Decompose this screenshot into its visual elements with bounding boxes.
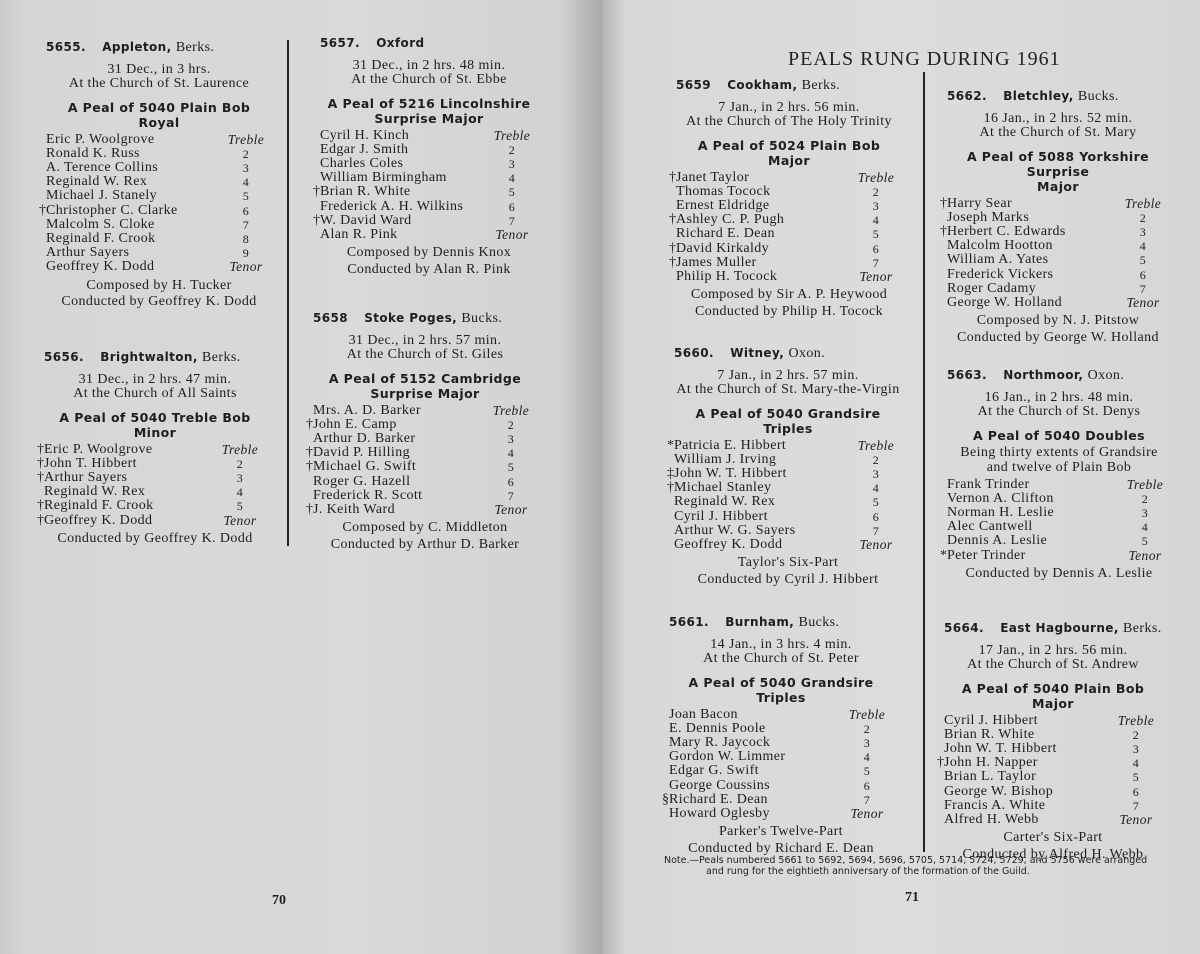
bell-position: Tenor: [486, 228, 538, 242]
bell-position: Tenor: [850, 270, 902, 284]
ringer-row: Francis A. White7: [944, 799, 1162, 813]
ringer-mark: †: [669, 213, 676, 227]
ringer-name: †David Kirkaldy: [676, 242, 769, 256]
peal-entry: 5662. Bletchley, Bucks. 16 Jan., in 2 hr…: [947, 89, 1169, 345]
ringer-row: †Reginald F. Crook5: [44, 499, 266, 513]
bell-position: 5: [485, 460, 537, 474]
ringer-row: Roger Cadamy7: [947, 282, 1169, 296]
ringer-name-text: Brian R. White: [320, 184, 411, 199]
ringer-name-text: Ronald K. Russ: [46, 146, 140, 161]
peal-church: At the Church of St. Mary-the-Virgin: [674, 383, 902, 398]
peal-place: Oxford: [376, 36, 424, 50]
peal-method: A Peal of 5040 Grandsire Triples: [669, 675, 893, 705]
bell-position: Treble: [850, 171, 902, 185]
ringer-name: †W. David Ward: [320, 214, 412, 228]
ringer-name-text: Peter Trinder: [947, 548, 1026, 563]
bell-position: 3: [220, 161, 272, 175]
ringer-name: §Richard E. Dean: [669, 793, 768, 807]
ringer-name-text: Reginald W. Rex: [46, 174, 147, 189]
ringer-name-text: George W. Holland: [947, 295, 1062, 310]
ringer-name: Edgar J. Smith: [320, 143, 408, 157]
bell-position: 2: [1117, 211, 1169, 225]
method-line: Surprise Major: [313, 386, 537, 401]
ringer-name-text: Brian R. White: [944, 727, 1035, 742]
ringer-name: Frank Trinder: [947, 478, 1030, 492]
peal-entry: 5661. Burnham, Bucks. 14 Jan., in 3 hrs.…: [669, 615, 893, 856]
ringer-mark: ‡: [667, 467, 674, 481]
ringer-row: †Eric P. WoolgroveTreble: [44, 443, 266, 457]
ringer-name: Edgar G. Swift: [669, 764, 759, 778]
ringer-row: †John E. Camp2: [313, 418, 537, 432]
ringer-row: Charles Coles3: [320, 157, 538, 171]
bell-position: 2: [850, 453, 902, 467]
ringer-row: E. Dennis Poole2: [669, 722, 893, 736]
ringer-row: †Michael Stanley4: [674, 481, 902, 495]
band-list: *Patricia E. HibbertTrebleWilliam J. Irv…: [674, 439, 902, 553]
ringer-name: Ernest Eldridge: [676, 199, 769, 213]
ringer-mark: *: [940, 549, 947, 563]
ringer-name: Philip H. Tocock: [676, 270, 777, 284]
ringer-name: Thomas Tocock: [676, 185, 771, 199]
peal-footer-line: Conducted by Philip H. Tocock: [676, 305, 902, 320]
footnote-line-2: and rung for the eightieth anniversary o…: [664, 866, 1174, 877]
bell-position: 5: [486, 185, 538, 199]
ringer-name: Alec Cantwell: [947, 520, 1033, 534]
ringer-row: Joan BaconTreble: [669, 708, 893, 722]
ringer-name: Alfred H. Webb: [944, 813, 1039, 827]
peal-county: Bucks.: [1078, 89, 1119, 104]
bell-position: 5: [850, 227, 902, 241]
ringer-row: †W. David Ward7: [320, 214, 538, 228]
ringer-row: Malcolm Hootton4: [947, 239, 1169, 253]
ringer-row: Arthur W. G. Sayers7: [674, 524, 902, 538]
ringer-name-text: Howard Oglesby: [669, 806, 770, 821]
ringer-name-text: Roger G. Hazell: [313, 474, 410, 489]
peal-place: Bletchley,: [1003, 89, 1074, 103]
ringer-name: Charles Coles: [320, 157, 403, 171]
ringer-name-text: John E. Camp: [313, 417, 397, 432]
peal-footer-line: Conducted by Alan R. Pink: [320, 263, 538, 278]
ringer-name-text: Thomas Tocock: [676, 184, 771, 199]
bell-position: 6: [486, 200, 538, 214]
bell-position: 4: [214, 485, 266, 499]
peal-footer-line: Composed by Dennis Knox: [320, 246, 538, 261]
bell-position: 5: [1117, 253, 1169, 267]
method-line: A Peal of 5040 Plain Bob Royal: [46, 100, 272, 130]
peal-date: 17 Jan., in 2 hrs. 56 min.: [944, 644, 1162, 659]
ringer-name: Arthur D. Barker: [313, 432, 415, 446]
bell-position: Tenor: [220, 260, 272, 274]
ringer-row: †James Muller7: [676, 256, 902, 270]
method-line: A Peal of 5088 Yorkshire Surprise: [947, 149, 1169, 179]
peal-footer-line: Conducted by Dennis A. Leslie: [947, 567, 1171, 582]
ringer-name-text: Roger Cadamy: [947, 281, 1036, 296]
ringer-name: Joan Bacon: [669, 708, 738, 722]
ringer-row: †Christopher C. Clarke6: [46, 204, 272, 218]
peal-place: Appleton,: [102, 40, 171, 54]
ringer-name-text: Cyril J. Hibbert: [674, 509, 768, 524]
ringer-row: Geoffrey K. DoddTenor: [46, 260, 272, 274]
ringer-row: Roger G. Hazell6: [313, 475, 537, 489]
peal-church: At the Church of St. Mary: [947, 126, 1169, 141]
bell-position: 6: [1117, 268, 1169, 282]
peal-number: 5655.: [46, 40, 86, 54]
ringer-name: Dennis A. Leslie: [947, 534, 1047, 548]
peal-footer: Composed by N. J. PitstowConducted by Ge…: [947, 314, 1169, 345]
band-list: †Janet TaylorTrebleThomas Tocock2Ernest …: [676, 171, 902, 285]
ringer-row: Ernest Eldridge3: [676, 199, 902, 213]
bell-position: Tenor: [841, 807, 893, 821]
peal-note-line: and twelve of Plain Bob: [947, 461, 1171, 476]
ringer-row: Eric P. WoolgroveTreble: [46, 133, 272, 147]
ringer-name-text: William J. Irving: [674, 452, 776, 467]
ringer-name-text: A. Terence Collins: [46, 160, 158, 175]
ringer-name-text: Eric P. Woolgrove: [46, 132, 154, 147]
ringer-mark: *: [667, 439, 674, 453]
bell-position: 7: [220, 218, 272, 232]
peal-place: Northmoor,: [1003, 368, 1083, 382]
bell-position: 4: [1110, 756, 1162, 770]
bell-position: 2: [485, 418, 537, 432]
ringer-row: †Herbert C. Edwards3: [947, 225, 1169, 239]
ringer-row: William J. Irving2: [674, 453, 902, 467]
bell-position: 2: [850, 185, 902, 199]
peal-county: Oxon.: [1088, 368, 1125, 383]
bell-position: Tenor: [1110, 813, 1162, 827]
ringer-name-text: William Birmingham: [320, 170, 447, 185]
ringer-row: Philip H. TocockTenor: [676, 270, 902, 284]
method-line: A Peal of 5152 Cambridge: [313, 371, 537, 386]
ringer-name-text: Reginald W. Rex: [44, 484, 145, 499]
bell-position: 7: [850, 524, 902, 538]
ringer-mark: †: [937, 756, 944, 770]
peal-footer: Composed by C. MiddletonConducted by Art…: [313, 521, 537, 552]
peal-place: Brightwalton,: [100, 350, 198, 364]
bell-position: 3: [1110, 742, 1162, 756]
ringer-row: Cyril J. Hibbert6: [674, 510, 902, 524]
ringer-name: †John H. Napper: [944, 756, 1038, 770]
bell-position: 5: [850, 495, 902, 509]
ringer-name: Alan R. Pink: [320, 228, 398, 242]
ringer-row: George Coussins6: [669, 779, 893, 793]
peal-place: Witney,: [730, 346, 784, 360]
peal-date: 7 Jan., in 2 hrs. 56 min.: [676, 101, 902, 116]
ringer-name-text: Alec Cantwell: [947, 519, 1033, 534]
band-list: †Eric P. WoolgroveTreble†John T. Hibbert…: [44, 443, 266, 528]
ringer-name-text: J. Keith Ward: [313, 502, 395, 517]
peal-date: 31 Dec., in 2 hrs. 48 min.: [320, 59, 538, 74]
ringer-mark: †: [37, 457, 44, 471]
ringer-row: Brian L. Taylor5: [944, 770, 1162, 784]
bell-position: 6: [850, 242, 902, 256]
ringer-row: †Geoffrey K. DoddTenor: [44, 514, 266, 528]
peal-footer-line: Composed by Sir A. P. Heywood: [676, 288, 902, 303]
ringer-name-text: Gordon W. Limmer: [669, 749, 785, 764]
ringer-name: Roger Cadamy: [947, 282, 1036, 296]
bell-position: 6: [220, 204, 272, 218]
ringer-row: †Brian R. White5: [320, 185, 538, 199]
peal-method: A Peal of 5216 LincolnshireSurprise Majo…: [320, 96, 538, 126]
ringer-row: †Michael G. Swift5: [313, 460, 537, 474]
peal-county: Berks.: [802, 78, 841, 93]
peal-footer-line: Conducted by Richard E. Dean: [669, 842, 893, 857]
ringer-name-text: Frederick A. H. Wilkins: [320, 199, 463, 214]
ringer-name: Malcolm S. Cloke: [46, 218, 155, 232]
bell-position: Treble: [214, 443, 266, 457]
peal-method: A Peal of 5040 Grandsire Triples: [674, 406, 902, 436]
ringer-row: †Janet TaylorTreble: [676, 171, 902, 185]
ringer-row: †Arthur Sayers3: [44, 471, 266, 485]
peal-heading: 5661. Burnham, Bucks.: [669, 615, 893, 631]
ringer-mark: †: [313, 185, 320, 199]
ringer-name-text: Arthur W. G. Sayers: [674, 523, 796, 538]
bell-position: Treble: [1117, 197, 1169, 211]
ringer-name-text: Geoffrey K. Dodd: [46, 259, 154, 274]
ringer-name-text: John W. T. Hibbert: [674, 466, 787, 481]
ringer-mark: §: [662, 793, 669, 807]
peal-notes: Being thirty extents of Grandsireand twe…: [947, 446, 1171, 476]
peal-footer: Conducted by Dennis A. Leslie: [947, 567, 1171, 582]
peal-entry: 5655. Appleton, Berks. 31 Dec., in 3 hrs…: [46, 40, 272, 310]
ringer-name-text: Reginald F. Crook: [46, 231, 156, 246]
bell-position: Treble: [1110, 714, 1162, 728]
peal-footer-line: Composed by C. Middleton: [313, 521, 537, 536]
page-title: PEALS RUNG DURING 1961: [788, 48, 1061, 71]
ringer-mark: †: [39, 204, 46, 218]
ringer-name: Joseph Marks: [947, 211, 1029, 225]
bell-position: 6: [1110, 785, 1162, 799]
ringer-row: Richard E. Dean5: [676, 227, 902, 241]
ringer-row: Reginald F. Crook8: [46, 232, 272, 246]
bell-position: 7: [485, 489, 537, 503]
bell-position: 6: [850, 510, 902, 524]
peal-heading: 5660. Witney, Oxon.: [674, 346, 902, 362]
peal-footer: Taylor's Six-PartConducted by Cyril J. H…: [674, 556, 902, 587]
ringer-row: Cyril H. KinchTreble: [320, 129, 538, 143]
ringer-name-text: James Muller: [676, 255, 757, 270]
method-line: A Peal of 5040 Treble Bob Minor: [44, 410, 266, 440]
ringer-name-text: Brian L. Taylor: [944, 769, 1036, 784]
peal-entry: 5659 Cookham, Berks. 7 Jan., in 2 hrs. 5…: [676, 78, 902, 319]
bell-position: 7: [486, 214, 538, 228]
ringer-name: Cyril J. Hibbert: [674, 510, 768, 524]
ringer-name-text: Francis A. White: [944, 798, 1045, 813]
bell-position: 3: [485, 432, 537, 446]
peal-number: 5657.: [320, 36, 360, 50]
peal-entry: 5660. Witney, Oxon. 7 Jan., in 2 hrs. 57…: [674, 346, 902, 587]
ringer-row: Mrs. A. D. BarkerTreble: [313, 404, 537, 418]
ringer-name: William Birmingham: [320, 171, 447, 185]
ringer-name: †Harry Sear: [947, 197, 1012, 211]
peal-method: A Peal of 5040 Plain Bob Royal: [46, 100, 272, 130]
peal-county: Bucks.: [461, 311, 502, 326]
peal-note-line: Being thirty extents of Grandsire: [947, 446, 1171, 461]
ringer-name: †Christopher C. Clarke: [46, 204, 178, 218]
peal-footer-line: Conducted by George W. Holland: [947, 331, 1169, 346]
ringer-row: Alec Cantwell4: [947, 520, 1171, 534]
ringer-mark: †: [669, 171, 676, 185]
peal-number: 5658: [313, 311, 348, 325]
ringer-name: William A. Yates: [947, 253, 1049, 267]
ringer-name-text: Geoffrey K. Dodd: [44, 513, 152, 528]
ringer-row: †David Kirkaldy6: [676, 242, 902, 256]
ringer-row: †David P. Hilling4: [313, 446, 537, 460]
ringer-mark: †: [37, 499, 44, 513]
peal-church: At the Church of The Holy Trinity: [676, 115, 902, 130]
ringer-row: Howard OglesbyTenor: [669, 807, 893, 821]
ringer-name: Reginald W. Rex: [44, 485, 145, 499]
footnote: Note.—Peals numbered 5661 to 5692, 5694,…: [664, 855, 1174, 877]
bell-position: Treble: [485, 404, 537, 418]
ringer-name-text: Arthur Sayers: [46, 245, 129, 260]
ringer-name-text: John T. Hibbert: [44, 456, 137, 471]
bell-position: 2: [486, 143, 538, 157]
column-divider-right: [923, 72, 925, 852]
ringer-name: John W. T. Hibbert: [944, 742, 1057, 756]
ringer-name-text: George W. Bishop: [944, 784, 1053, 799]
ringer-name-text: John W. T. Hibbert: [944, 741, 1057, 756]
bell-position: Tenor: [1117, 296, 1169, 310]
peal-footer: Composed by H. TuckerConducted by Geoffr…: [46, 279, 272, 310]
bell-position: 3: [486, 157, 538, 171]
ringer-name: Richard E. Dean: [676, 227, 775, 241]
peal-place: Cookham,: [727, 78, 797, 92]
ringer-row: Norman H. Leslie3: [947, 506, 1171, 520]
peal-footer-line: Composed by H. Tucker: [46, 279, 272, 294]
bell-position: 7: [1117, 282, 1169, 296]
peal-number: 5659: [676, 78, 711, 92]
ringer-name-text: Richard E. Dean: [676, 226, 775, 241]
ringer-name-text: Reginald F. Crook: [44, 498, 154, 513]
peal-place: Stoke Poges,: [364, 311, 457, 325]
peal-footer: Parker's Twelve-PartConducted by Richard…: [669, 825, 893, 856]
bell-position: Treble: [841, 708, 893, 722]
band-list: Frank TrinderTrebleVernon A. Clifton2Nor…: [947, 478, 1171, 563]
peal-county: Oxon.: [788, 346, 825, 361]
ringer-row: Frederick R. Scott7: [313, 489, 537, 503]
ringer-name: Brian L. Taylor: [944, 770, 1036, 784]
bell-position: 2: [220, 147, 272, 161]
method-line: A Peal of 5216 Lincolnshire: [320, 96, 538, 111]
ringer-name: †J. Keith Ward: [313, 503, 395, 517]
ringer-name: Arthur W. G. Sayers: [674, 524, 796, 538]
peal-footer-line: Composed by N. J. Pitstow: [947, 314, 1169, 329]
ringer-row: Malcolm S. Cloke7: [46, 218, 272, 232]
ringer-name-text: Cyril J. Hibbert: [944, 713, 1038, 728]
bell-position: 4: [841, 750, 893, 764]
bell-position: 6: [485, 475, 537, 489]
ringer-name: A. Terence Collins: [46, 161, 158, 175]
peal-heading: 5656. Brightwalton, Berks.: [44, 350, 266, 366]
ringer-row: Arthur Sayers9: [46, 246, 272, 260]
bell-position: 4: [1119, 520, 1171, 534]
ringer-name-text: David Kirkaldy: [676, 241, 769, 256]
ringer-name: Frederick Vickers: [947, 268, 1053, 282]
bell-position: 5: [214, 499, 266, 513]
ringer-row: Mary R. Jaycock3: [669, 736, 893, 750]
ringer-name: Reginald W. Rex: [46, 175, 147, 189]
ringer-row: John W. T. Hibbert3: [944, 742, 1162, 756]
peal-date: 7 Jan., in 2 hrs. 57 min.: [674, 369, 902, 384]
ringer-row: Gordon W. Limmer4: [669, 750, 893, 764]
bell-position: 4: [1117, 239, 1169, 253]
ringer-name: Mrs. A. D. Barker: [313, 404, 421, 418]
ringer-row: Dennis A. Leslie5: [947, 534, 1171, 548]
ringer-name: *Patricia E. Hibbert: [674, 439, 786, 453]
ringer-row: †J. Keith WardTenor: [313, 503, 537, 517]
ringer-name-text: Ernest Eldridge: [676, 198, 769, 213]
ringer-name: Michael J. Stanely: [46, 189, 157, 203]
peal-footer-line: Carter's Six-Part: [944, 831, 1162, 846]
method-line: A Peal of 5040 Grandsire Triples: [674, 406, 902, 436]
peal-method: A Peal of 5040 Doubles: [947, 428, 1171, 443]
ringer-name: Frederick R. Scott: [313, 489, 422, 503]
ringer-row: Reginald W. Rex5: [674, 495, 902, 509]
ringer-name-text: Patricia E. Hibbert: [674, 438, 786, 453]
ringer-row: †Ashley C. P. Pugh4: [676, 213, 902, 227]
peal-footer-line: Parker's Twelve-Part: [669, 825, 893, 840]
ringer-name: George W. Bishop: [944, 785, 1053, 799]
peal-entry: 5663. Northmoor, Oxon. 16 Jan., in 2 hrs…: [947, 368, 1171, 581]
ringer-name: Francis A. White: [944, 799, 1045, 813]
method-line: A Peal of 5040 Doubles: [947, 428, 1171, 443]
peal-heading: 5659 Cookham, Berks.: [676, 78, 902, 94]
peal-place: Burnham,: [725, 615, 794, 629]
bell-position: Treble: [220, 133, 272, 147]
peal-county: Berks.: [202, 350, 241, 365]
ringer-row: †John T. Hibbert2: [44, 457, 266, 471]
column-divider-left: [287, 40, 289, 546]
bell-position: 3: [850, 199, 902, 213]
band-list: Eric P. WoolgroveTrebleRonald K. Russ2A.…: [46, 133, 272, 275]
ringer-name: †Eric P. Woolgrove: [44, 443, 152, 457]
ringer-name: George W. Holland: [947, 296, 1062, 310]
peal-county: Bucks.: [798, 615, 839, 630]
ringer-name: †Reginald F. Crook: [44, 499, 154, 513]
peal-heading: 5662. Bletchley, Bucks.: [947, 89, 1169, 105]
ringer-name: †Brian R. White: [320, 185, 411, 199]
ringer-row: A. Terence Collins3: [46, 161, 272, 175]
ringer-name-text: David P. Hilling: [313, 445, 410, 460]
ringer-row: *Peter TrinderTenor: [947, 549, 1171, 563]
ringer-name-text: E. Dennis Poole: [669, 721, 766, 736]
ringer-name: †Michael Stanley: [674, 481, 771, 495]
ringer-mark: †: [306, 503, 313, 517]
ringer-row: Cyril J. HibbertTreble: [944, 714, 1162, 728]
band-list: †Harry SearTrebleJoseph Marks2†Herbert C…: [947, 197, 1169, 311]
ringer-mark: †: [940, 197, 947, 211]
peal-date: 16 Jan., in 2 hrs. 48 min.: [947, 391, 1171, 406]
bell-position: 5: [841, 764, 893, 778]
bell-position: 5: [220, 189, 272, 203]
ringer-name-text: Norman H. Leslie: [947, 505, 1054, 520]
ringer-row: Thomas Tocock2: [676, 185, 902, 199]
ringer-name: †Ashley C. P. Pugh: [676, 213, 784, 227]
peal-entry: 5656. Brightwalton, Berks. 31 Dec., in 2…: [44, 350, 266, 546]
ringer-name: Norman H. Leslie: [947, 506, 1054, 520]
ringer-name: †Herbert C. Edwards: [947, 225, 1066, 239]
peal-date: 14 Jan., in 3 hrs. 4 min.: [669, 638, 893, 653]
ringer-row: †John H. Napper4: [944, 756, 1162, 770]
peal-footer-line: Conducted by Geoffrey K. Dodd: [44, 532, 266, 547]
bell-position: 4: [486, 171, 538, 185]
peal-footer: Conducted by Geoffrey K. Dodd: [44, 532, 266, 547]
method-line: Surprise Major: [320, 111, 538, 126]
peal-footer: Composed by Dennis KnoxConducted by Alan…: [320, 246, 538, 277]
peal-heading: 5657. Oxford: [320, 36, 538, 52]
peal-entry: 5658 Stoke Poges, Bucks. 31 Dec., in 2 h…: [313, 311, 537, 552]
ringer-name-text: Arthur Sayers: [44, 470, 127, 485]
